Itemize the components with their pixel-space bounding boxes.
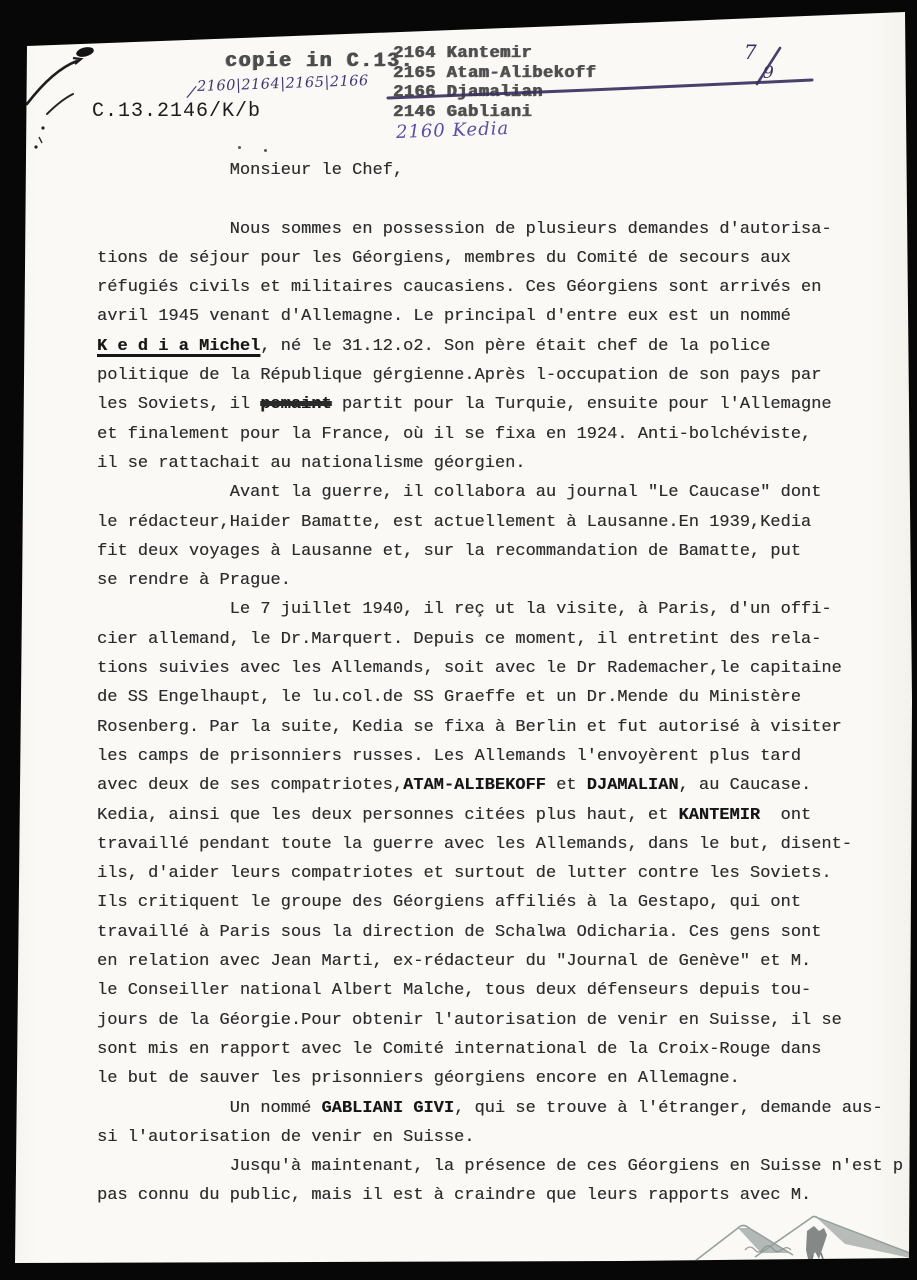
document-line: tions de séjour pour les Géorgiens, memb… xyxy=(97,244,909,273)
text-segment: Rosenberg. Par la suite, Kedia se fixa à… xyxy=(97,718,842,737)
document-line: avec deux de ses compatriotes,ATAM-ALIBE… xyxy=(97,771,909,800)
text-segment: se rendre à Prague. xyxy=(97,571,291,590)
text-segment: travaillé à Paris sous la direction de S… xyxy=(97,923,821,942)
text-segment: avril 1945 venant d'Allemagne. Le princi… xyxy=(97,307,791,326)
text-segment: si l'autorisation de venir en Suisse. xyxy=(97,1128,474,1147)
document-line: en relation avec Jean Marti, ex-rédacteu… xyxy=(97,947,909,976)
document-line: se rendre à Prague. xyxy=(97,566,909,595)
document-line: Monsieur le Chef, xyxy=(97,156,909,185)
text-segment: travaillé pendant toute la guerre avec l… xyxy=(97,835,852,854)
text-segment: les camps de prisonniers russes. Les All… xyxy=(97,747,801,766)
text-segment: et xyxy=(546,776,587,795)
text-segment: Monsieur le Chef, xyxy=(97,161,403,180)
document-line: Kedia, ainsi que les deux personnes cité… xyxy=(97,801,909,830)
document-line: ils, d'aider leurs compatriotes et surto… xyxy=(97,859,909,888)
document-line: le Conseiller national Albert Malche, to… xyxy=(97,976,909,1005)
text-segment: le rédacteur,Haider Bamatte, est actuell… xyxy=(97,513,811,532)
letter-body: Monsieur le Chef, Nous sommes en possess… xyxy=(97,156,909,1211)
handwritten-file-numbers: 2160|2164|2165|2166 xyxy=(197,73,369,95)
pen-strike-line xyxy=(380,40,830,110)
text-segment: fit deux voyages à Lausanne et, sur la r… xyxy=(97,542,801,561)
document-line: sont mis en rapport avec le Comité inter… xyxy=(97,1035,909,1064)
text-segment: sont mis en rapport avec le Comité inter… xyxy=(97,1040,821,1059)
text-segment: Avant la guerre, il collabora au journal… xyxy=(97,483,821,502)
text-segment: Un nommé xyxy=(97,1099,321,1118)
text-segment: Nous sommes en possession de plusieurs d… xyxy=(97,220,832,239)
text-segment: Jusqu'à maintenant, la présence de ces G… xyxy=(97,1157,903,1176)
document-line: avril 1945 venant d'Allemagne. Le princi… xyxy=(97,302,909,331)
text-segment: jours de la Géorgie.Pour obtenir l'autor… xyxy=(97,1011,842,1030)
text-segment: K e d i a Michel xyxy=(97,337,260,356)
document-line: les camps de prisonniers russes. Les All… xyxy=(97,742,909,771)
text-segment: politique de la République gérgienne.Apr… xyxy=(97,366,821,385)
document-page: copie in C.13. 2164 Kantemir2165 Atam-Al… xyxy=(0,0,917,1280)
document-line: Jusqu'à maintenant, la présence de ces G… xyxy=(97,1152,909,1181)
document-line: les Soviets, il pemaint partit pour la T… xyxy=(97,390,909,419)
ink-dot xyxy=(238,146,241,149)
text-segment: KANTEMIR xyxy=(679,806,761,825)
text-segment: pemaint xyxy=(260,395,331,414)
document-reference: C.13.2146/K/b xyxy=(92,100,261,123)
document-line xyxy=(97,185,909,214)
document-line: Un nommé GABLIANI GIVI, qui se trouve à … xyxy=(97,1094,909,1123)
document-line: de SS Engelhaupt, le lu.col.de SS Graeff… xyxy=(97,683,909,712)
document-line: fit deux voyages à Lausanne et, sur la r… xyxy=(97,537,909,566)
text-segment: partit pour la Turquie, ensuite pour l'A… xyxy=(332,395,832,414)
document-line: Nous sommes en possession de plusieurs d… xyxy=(97,215,909,244)
text-segment: et finalement pour la France, où il se f… xyxy=(97,425,811,444)
document-line: et finalement pour la France, où il se f… xyxy=(97,420,909,449)
text-segment: Le 7 juillet 1940, il reç ut la visite, … xyxy=(97,600,832,619)
text-segment: , né le 31.12.o2. Son père était chef de… xyxy=(260,337,770,356)
scanned-document: { "colors":{ "scanner_bg":"#070707", "pa… xyxy=(0,0,917,1280)
text-segment: les Soviets, il xyxy=(97,395,260,414)
document-line: le but de sauver les prisonniers géorgie… xyxy=(97,1064,909,1093)
document-line: K e d i a Michel, né le 31.12.o2. Son pè… xyxy=(97,332,909,361)
ink-dot xyxy=(264,149,267,152)
text-segment: ils, d'aider leurs compatriotes et surto… xyxy=(97,864,832,883)
text-segment: en relation avec Jean Marti, ex-rédacteu… xyxy=(97,952,811,971)
document-line: travaillé à Paris sous la direction de S… xyxy=(97,918,909,947)
text-segment: ATAM-ALIBEKOFF xyxy=(403,776,546,795)
text-segment: tions de séjour pour les Géorgiens, memb… xyxy=(97,249,791,268)
document-line: Rosenberg. Par la suite, Kedia se fixa à… xyxy=(97,713,909,742)
handwritten-dossier-entry: 2160 Kedia xyxy=(396,118,510,143)
text-segment: réfugiés civils et militaires caucasiens… xyxy=(97,278,821,297)
text-segment: tions suivies avec les Allemands, soit a… xyxy=(97,659,842,678)
text-segment: , au Caucase. xyxy=(679,776,812,795)
document-line: si l'autorisation de venir en Suisse. xyxy=(97,1123,909,1152)
text-segment: le Conseiller national Albert Malche, to… xyxy=(97,981,811,1000)
text-segment: DJAMALIAN xyxy=(587,776,679,795)
pen-tick: / xyxy=(187,82,196,102)
text-segment: Kedia, ainsi que les deux personnes cité… xyxy=(97,806,679,825)
document-line: politique de la République gérgienne.Apr… xyxy=(97,361,909,390)
document-line: tions suivies avec les Allemands, soit a… xyxy=(97,654,909,683)
text-segment: Ils critiquent le groupe des Géorgiens a… xyxy=(97,893,801,912)
document-line: cier allemand, le Dr.Marquert. Depuis ce… xyxy=(97,625,909,654)
document-line: réfugiés civils et militaires caucasiens… xyxy=(97,273,909,302)
document-line: travaillé pendant toute la guerre avec l… xyxy=(97,830,909,859)
text-segment: il se rattachait au nationalisme géorgie… xyxy=(97,454,525,473)
text-segment: GABLIANI GIVI xyxy=(321,1099,454,1118)
mountain-watermark xyxy=(695,1203,915,1265)
text-segment: , qui se trouve à l'étranger, demande au… xyxy=(454,1099,882,1118)
text-segment: avec deux de ses compatriotes, xyxy=(97,776,403,795)
document-line: Le 7 juillet 1940, il reç ut la visite, … xyxy=(97,595,909,624)
text-segment: ont xyxy=(760,806,811,825)
document-line: Avant la guerre, il collabora au journal… xyxy=(97,478,909,507)
document-line: le rédacteur,Haider Bamatte, est actuell… xyxy=(97,508,909,537)
text-segment: cier allemand, le Dr.Marquert. Depuis ce… xyxy=(97,630,821,649)
text-segment: le but de sauver les prisonniers géorgie… xyxy=(97,1069,740,1088)
text-segment: de SS Engelhaupt, le lu.col.de SS Graeff… xyxy=(97,688,801,707)
document-line: jours de la Géorgie.Pour obtenir l'autor… xyxy=(97,1006,909,1035)
document-line: il se rattachait au nationalisme géorgie… xyxy=(97,449,909,478)
document-line: Ils critiquent le groupe des Géorgiens a… xyxy=(97,888,909,917)
